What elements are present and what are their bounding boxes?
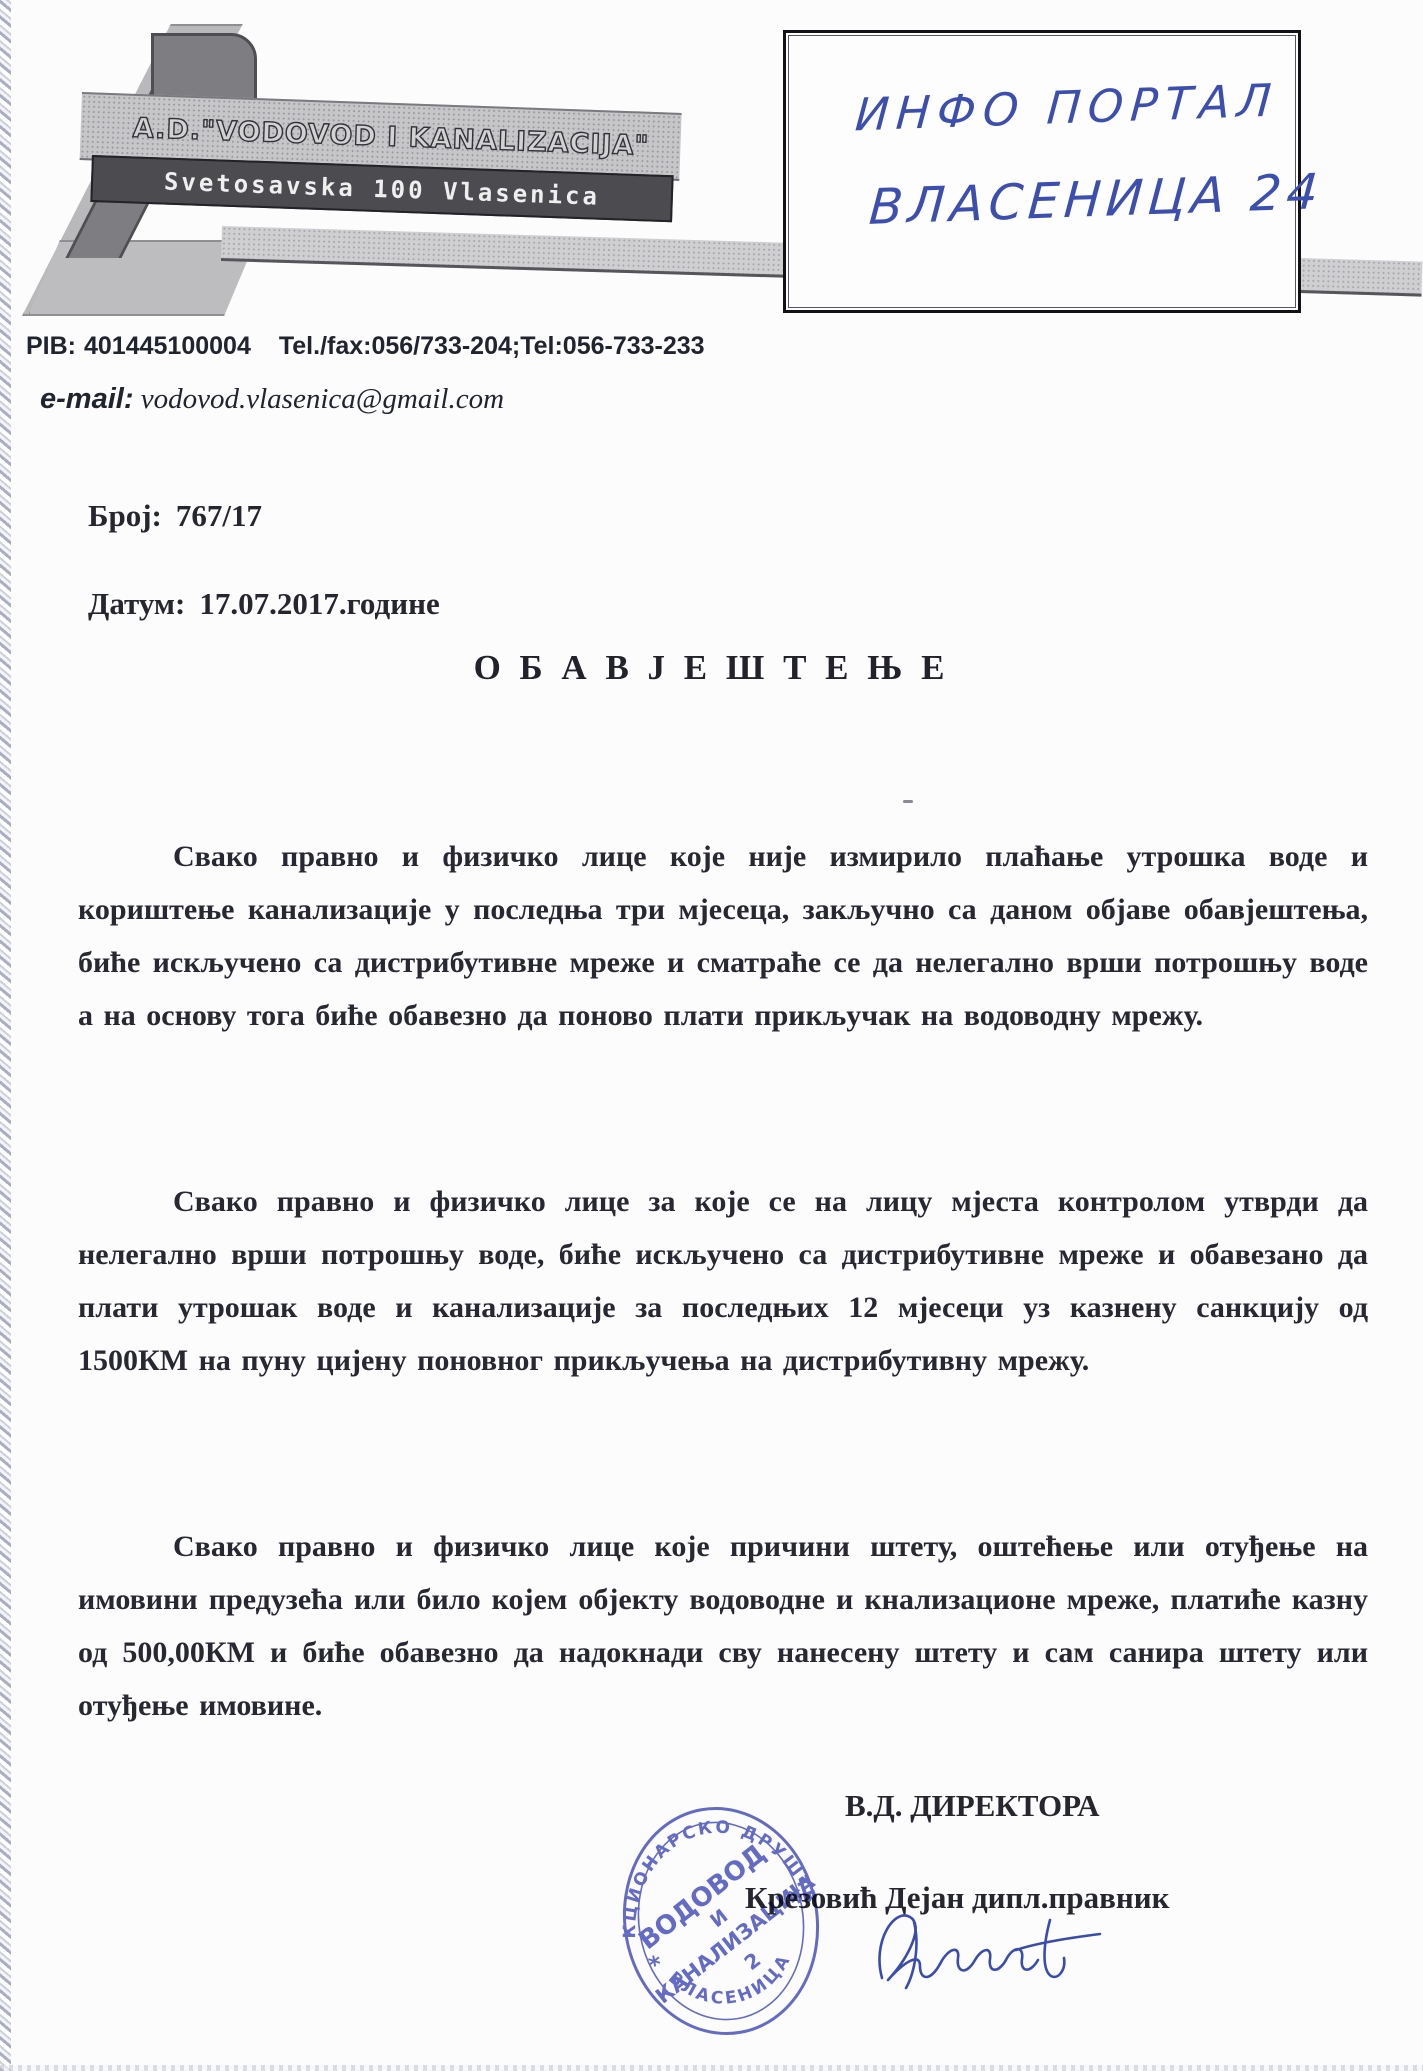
paragraph-3: Свако правно и физичко лице које причини… xyxy=(78,1520,1368,1732)
scan-speck xyxy=(903,800,913,803)
scanned-letter-page: A.D."VODOVOD I KANALIZACIJA" Svetosavska… xyxy=(0,0,1423,2071)
scan-bottom-artifact xyxy=(0,2065,1423,2071)
pib-value: 401445100004 xyxy=(84,332,251,361)
doc-number-value: 767/17 xyxy=(176,498,262,533)
doc-date-value: 17.07.2017.године xyxy=(199,586,439,621)
paragraph-1: Свако правно и физичко лице које није из… xyxy=(78,830,1368,1042)
pib-label: PIB: xyxy=(26,332,76,361)
signature-strokes xyxy=(868,1898,1118,1993)
handwritten-note-line1: ИНФО ПОРТАЛ xyxy=(853,74,1279,142)
doc-date-label: Датум: xyxy=(88,586,185,621)
paragraph-2: Свако правно и физичко лице за које се н… xyxy=(78,1175,1368,1387)
signatory-role: В.Д. ДИРЕКТОРА xyxy=(845,1788,1100,1824)
company-address: Svetosavska 100 Vlasenica xyxy=(164,167,601,210)
email-label: e-mail: xyxy=(40,383,133,415)
doc-number-label: Број: xyxy=(88,498,162,533)
handwritten-note-box: ИНФО ПОРТАЛ ВЛАСЕНИЦА 24 xyxy=(783,30,1301,313)
handwritten-note-line2: ВЛАСЕНИЦА 24 xyxy=(867,163,1325,236)
email-value: vodovod.vlasenica@gmail.com xyxy=(141,383,504,415)
email-line: e-mail: vodovod.vlasenica@gmail.com xyxy=(40,383,504,416)
stamp-center-number: 2 xyxy=(740,1947,766,1974)
company-stamp: АКЦИОНАРСКО ДРУШТВО ВЛАСЕНИЦА * * ВОДОВО… xyxy=(601,1787,841,2054)
company-name: A.D."VODOVOD I KANALIZACIJA" xyxy=(132,112,650,161)
pib-tel-line: PIB: 401445100004 Tel./fax:056/733-204;T… xyxy=(26,332,705,361)
stamp-left-star: * xyxy=(646,1950,664,1980)
page-title: О Б А В Ј Е Ш Т Е Њ Е xyxy=(0,648,1423,688)
doc-date-line: Датум:17.07.2017.године xyxy=(88,586,440,622)
tel-fax-value: Tel./fax:056/733-204;Tel:056-733-233 xyxy=(279,332,705,361)
scan-edge-artifact xyxy=(0,0,11,2071)
doc-number-line: Број:767/17 xyxy=(88,498,262,534)
stamp-graphic: АКЦИОНАРСКО ДРУШТВО ВЛАСЕНИЦА * * ВОДОВО… xyxy=(601,1787,841,2054)
handwritten-signature xyxy=(868,1898,1118,1993)
